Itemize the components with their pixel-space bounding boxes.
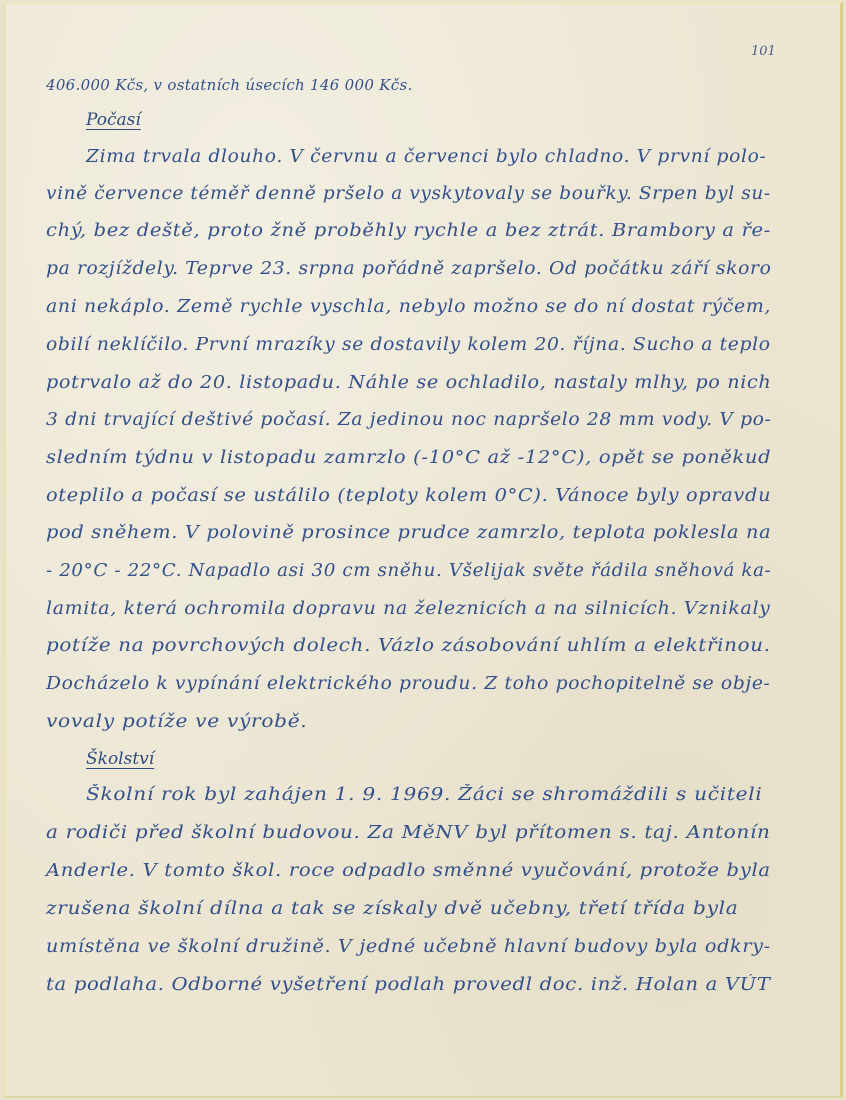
text-line: ta podlaha. Odborné vyšetření podlah pro… xyxy=(46,975,771,995)
text-line: ani nekáplo. Země rychle vyschla, nebylo… xyxy=(46,297,771,317)
text-line: a rodiči před školní budovou. Za MěNV by… xyxy=(46,823,771,843)
text-line: 3 dni trvající deštivé počasí. Za jedino… xyxy=(46,410,772,430)
handwritten-chronicle-page: 101 406.000 Kčs, v ostatních úsecích 146… xyxy=(3,2,843,1098)
text-line: lamita, která ochromila dopravu na želez… xyxy=(46,599,771,619)
page-number: 101 xyxy=(751,44,776,59)
text-line: Anderle. V tomto škol. roce odpadlo směn… xyxy=(46,861,771,881)
text-line: Docházelo k vypínání elektrického proudu… xyxy=(46,674,771,694)
text-line: potíže na povrchových dolech. Vázlo záso… xyxy=(46,636,771,656)
text-line: chý, bez deště, proto žně proběhly rychl… xyxy=(46,221,771,241)
text-line: pa rozjíždely. Teprve 23. srpna pořádně … xyxy=(46,259,771,279)
text-line: zrušena školní dílna a tak se získaly dv… xyxy=(46,899,738,919)
text-line: vovaly potíže ve výrobě. xyxy=(46,712,307,732)
text-line: Školní rok byl zahájen 1. 9. 1969. Žáci … xyxy=(86,785,762,805)
text-line: - 20°C - 22°C. Napadlo asi 30 cm sněhu. … xyxy=(46,561,771,581)
section-heading-weather: Počasí xyxy=(86,110,141,130)
text-line: oteplilo a počasí se ustálilo (teploty k… xyxy=(46,486,771,506)
carryover-line: 406.000 Kčs, v ostatních úsecích 146 000… xyxy=(46,76,413,94)
text-line: obilí neklíčilo. První mrazíky se dostav… xyxy=(46,335,771,355)
section-heading-schools: Školství xyxy=(86,749,154,769)
text-line: sledním týdnu v listopadu zamrzlo (-10°C… xyxy=(46,448,771,468)
text-line: pod sněhem. V polovině prosince prudce z… xyxy=(46,523,771,543)
text-line: Zima trvala dlouho. V červnu a červenci … xyxy=(86,147,766,167)
text-line: vině července téměř denně pršelo a vysky… xyxy=(46,184,771,204)
text-line: umístěna ve školní družině. V jedné učeb… xyxy=(46,937,771,957)
text-line: potrvalo až do 20. listopadu. Náhle se o… xyxy=(46,373,771,393)
